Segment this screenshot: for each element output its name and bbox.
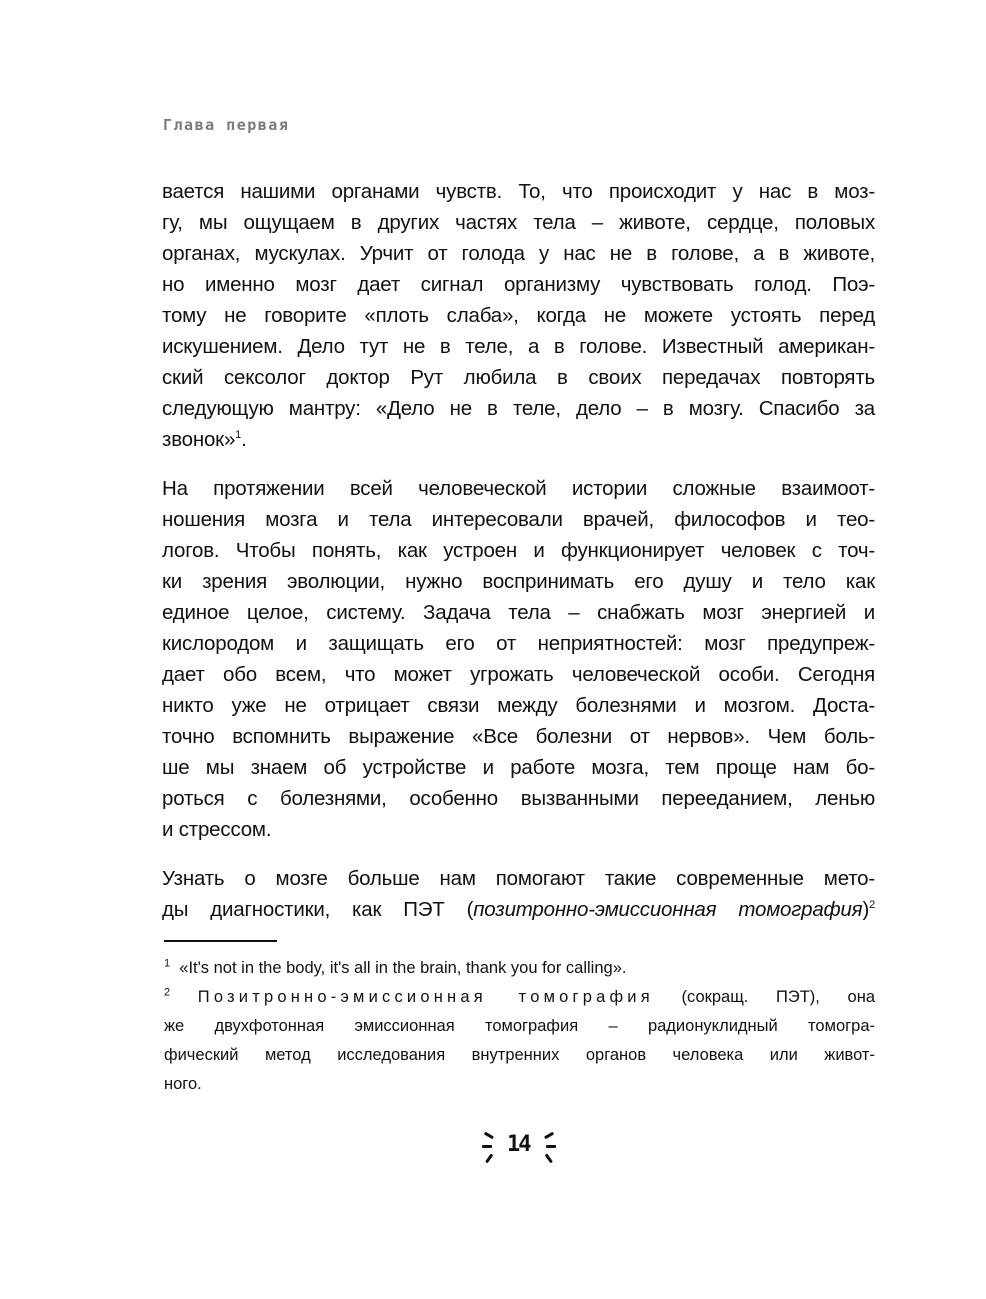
page-number-value: 14 bbox=[507, 1132, 530, 1157]
text-line: следующую мантру: «Дело не в теле, дело … bbox=[162, 393, 875, 424]
text-line: 1 «It's not in the body, it's all in the… bbox=[164, 954, 875, 983]
text-line: ды диагностики, как ПЭТ (позитронно-эмис… bbox=[162, 894, 875, 925]
text-line: ше мы знаем об устройстве и работе мозга… bbox=[162, 752, 875, 783]
text-line: искушением. Дело тут не в теле, а в голо… bbox=[162, 331, 875, 362]
text-line: тому не говорите «плоть слаба», когда не… bbox=[162, 300, 875, 331]
ray-decoration-icon bbox=[544, 1132, 554, 1139]
text-line: и стрессом. bbox=[162, 814, 875, 845]
text-line: гу, мы ощущаем в других частях тела – жи… bbox=[162, 207, 875, 238]
text-line: ки зрения эволюции, нужно воспринимать е… bbox=[162, 566, 875, 597]
footnote-number: 2 bbox=[164, 987, 170, 999]
paragraph-2: На протяжении всей человеческой истории … bbox=[162, 473, 875, 845]
text-line: точно вспомнить выражение «Все болезни о… bbox=[162, 721, 875, 752]
text-fragment: звонок» bbox=[162, 428, 235, 451]
ray-decoration-icon bbox=[485, 1153, 493, 1163]
footnotes: 1 «It's not in the body, it's all in the… bbox=[164, 954, 875, 1099]
text-line: ский сексолог доктор Рут любила в своих … bbox=[162, 362, 875, 393]
text-line: но именно мозг дает сигнал организму чув… bbox=[162, 269, 875, 300]
footnote-ref-2[interactable]: 2 bbox=[869, 899, 875, 911]
text-line: роться с болезнями, особенно вызванными … bbox=[162, 783, 875, 814]
ray-decoration-icon bbox=[482, 1145, 492, 1148]
paragraph-1: вается нашими органами чувств. То, что п… bbox=[162, 176, 875, 455]
text-line: звонок»1. bbox=[162, 424, 875, 455]
text-line: никто уже не отрицает связи между болезн… bbox=[162, 690, 875, 721]
text-line: единое целое, систему. Задача тела – сна… bbox=[162, 597, 875, 628]
footnote-term: Позитронно-эмиссионная томография bbox=[198, 988, 654, 1006]
text-line: фический метод исследования внутренних о… bbox=[164, 1041, 875, 1070]
text-line: вается нашими органами чувств. То, что п… bbox=[162, 176, 875, 207]
footnote-1: 1 «It's not in the body, it's all in the… bbox=[164, 954, 875, 983]
footnote-text: (сокращ. ПЭТ), она bbox=[682, 988, 875, 1006]
ray-decoration-icon bbox=[484, 1132, 494, 1139]
running-head: Глава первая bbox=[163, 116, 289, 134]
footnote-2: 2 Позитронно-эмиссионная томография (сок… bbox=[164, 983, 875, 1099]
text-line: кислородом и защищать его от неприятност… bbox=[162, 628, 875, 659]
text-line: же двухфотонная эмиссионная томография –… bbox=[164, 1012, 875, 1041]
text-fragment: ды диагностики, как ПЭТ ( bbox=[162, 898, 473, 921]
text-line: 2 Позитронно-эмиссионная томография (сок… bbox=[164, 983, 875, 1012]
ray-decoration-icon bbox=[545, 1153, 553, 1163]
footnote-text: «It's not in the body, it's all in the b… bbox=[179, 959, 626, 977]
footnote-divider bbox=[164, 940, 277, 942]
paragraph-3: Узнать о мозге больше нам помогают такие… bbox=[162, 863, 875, 925]
text-line: органах, мускулах. Урчит от голода у нас… bbox=[162, 238, 875, 269]
text-line: ношения мозга и тела интересовали врачей… bbox=[162, 504, 875, 535]
italic-term: позитронно-эмиссионная томография bbox=[473, 898, 862, 921]
text-line: дает обо всем, что может угрожать челове… bbox=[162, 659, 875, 690]
footnote-number: 1 bbox=[164, 958, 170, 970]
ray-decoration-icon bbox=[546, 1145, 556, 1148]
body-text: вается нашими органами чувств. То, что п… bbox=[162, 176, 875, 943]
text-fragment: . bbox=[241, 428, 247, 451]
text-line: логов. Чтобы понять, как устроен и функц… bbox=[162, 535, 875, 566]
page-number: 14 bbox=[480, 1128, 560, 1168]
text-line: Узнать о мозге больше нам помогают такие… bbox=[162, 863, 875, 894]
text-line: На протяжении всей человеческой истории … bbox=[162, 473, 875, 504]
text-line: ного. bbox=[164, 1070, 875, 1099]
